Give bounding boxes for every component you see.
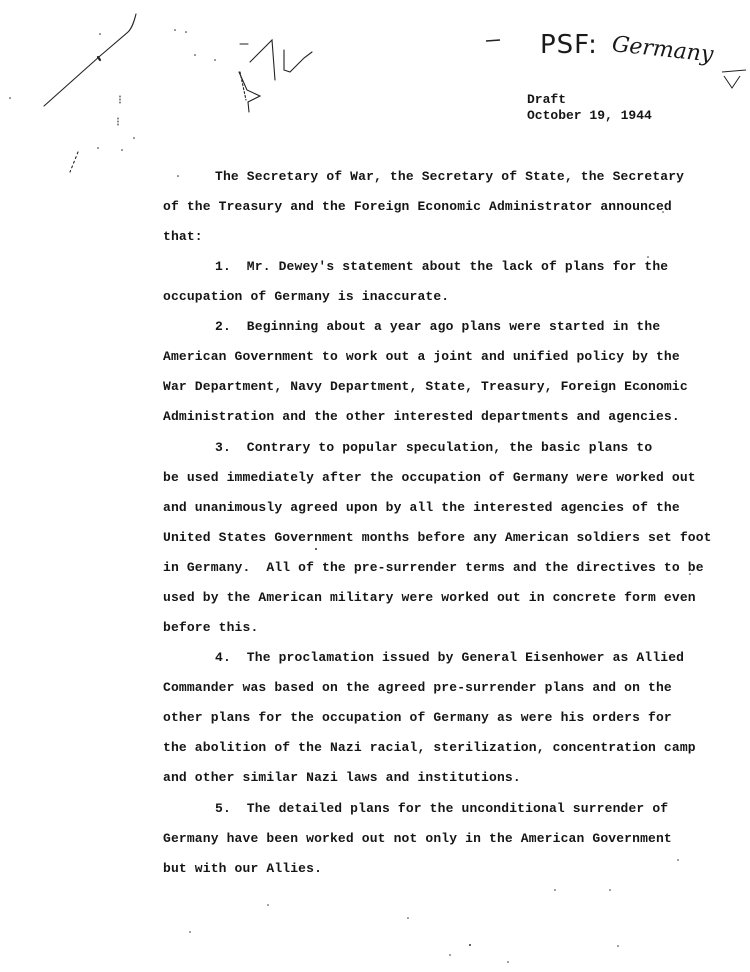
- paragraph-line: Commander was based on the agreed pre-su…: [163, 680, 672, 696]
- paragraph-line: Germany have been worked out not only in…: [163, 831, 672, 847]
- file-note-subject: Germany: [611, 32, 715, 67]
- paragraph-line: 1. Mr. Dewey's statement about the lack …: [215, 259, 668, 275]
- file-note-dash-icon: [484, 36, 504, 46]
- paragraph-line: but with our Allies.: [163, 861, 322, 877]
- paragraph-line: other plans for the occupation of German…: [163, 710, 672, 726]
- paragraph-line: and unanimously agreed upon by all the i…: [163, 500, 680, 516]
- file-note-prefix: PSF:: [540, 30, 598, 60]
- paragraph-line: War Department, Navy Department, State, …: [163, 379, 688, 395]
- draft-label: Draft: [527, 92, 652, 108]
- document-header: Draft October 19, 1944: [527, 92, 652, 124]
- scan-noise-specks: [0, 0, 750, 972]
- paragraph-line: 4. The proclamation issued by General Ei…: [215, 650, 684, 666]
- paragraph-line: and other similar Nazi laws and institut…: [163, 770, 521, 786]
- paragraph-line: before this.: [163, 620, 258, 636]
- paragraph-line: occupation of Germany is inaccurate.: [163, 289, 449, 305]
- intro-line: The Secretary of War, the Secretary of S…: [215, 169, 684, 185]
- document-date: October 19, 1944: [527, 108, 652, 124]
- paragraph-line: the abolition of the Nazi racial, steril…: [163, 740, 696, 756]
- paragraph-line: Administration and the other interested …: [163, 409, 680, 425]
- paragraph-line: be used immediately after the occupation…: [163, 470, 696, 486]
- paragraph-line: 2. Beginning about a year ago plans were…: [215, 319, 660, 335]
- document-page: PSF: Germany Draft October 19, 1944 The …: [0, 0, 750, 972]
- paragraph-line: American Government to work out a joint …: [163, 349, 680, 365]
- intro-line: that:: [163, 229, 203, 245]
- paragraph-line: 3. Contrary to popular speculation, the …: [215, 440, 652, 456]
- paragraph-line: in Germany. All of the pre-surrender ter…: [163, 560, 704, 576]
- paragraph-line: used by the American military were worke…: [163, 590, 696, 606]
- paragraph-line: 5. The detailed plans for the unconditio…: [215, 801, 668, 817]
- intro-line: of the Treasury and the Foreign Economic…: [163, 199, 672, 215]
- file-note-underline-mark: [718, 66, 750, 96]
- paragraph-line: United States Government months before a…: [163, 530, 712, 546]
